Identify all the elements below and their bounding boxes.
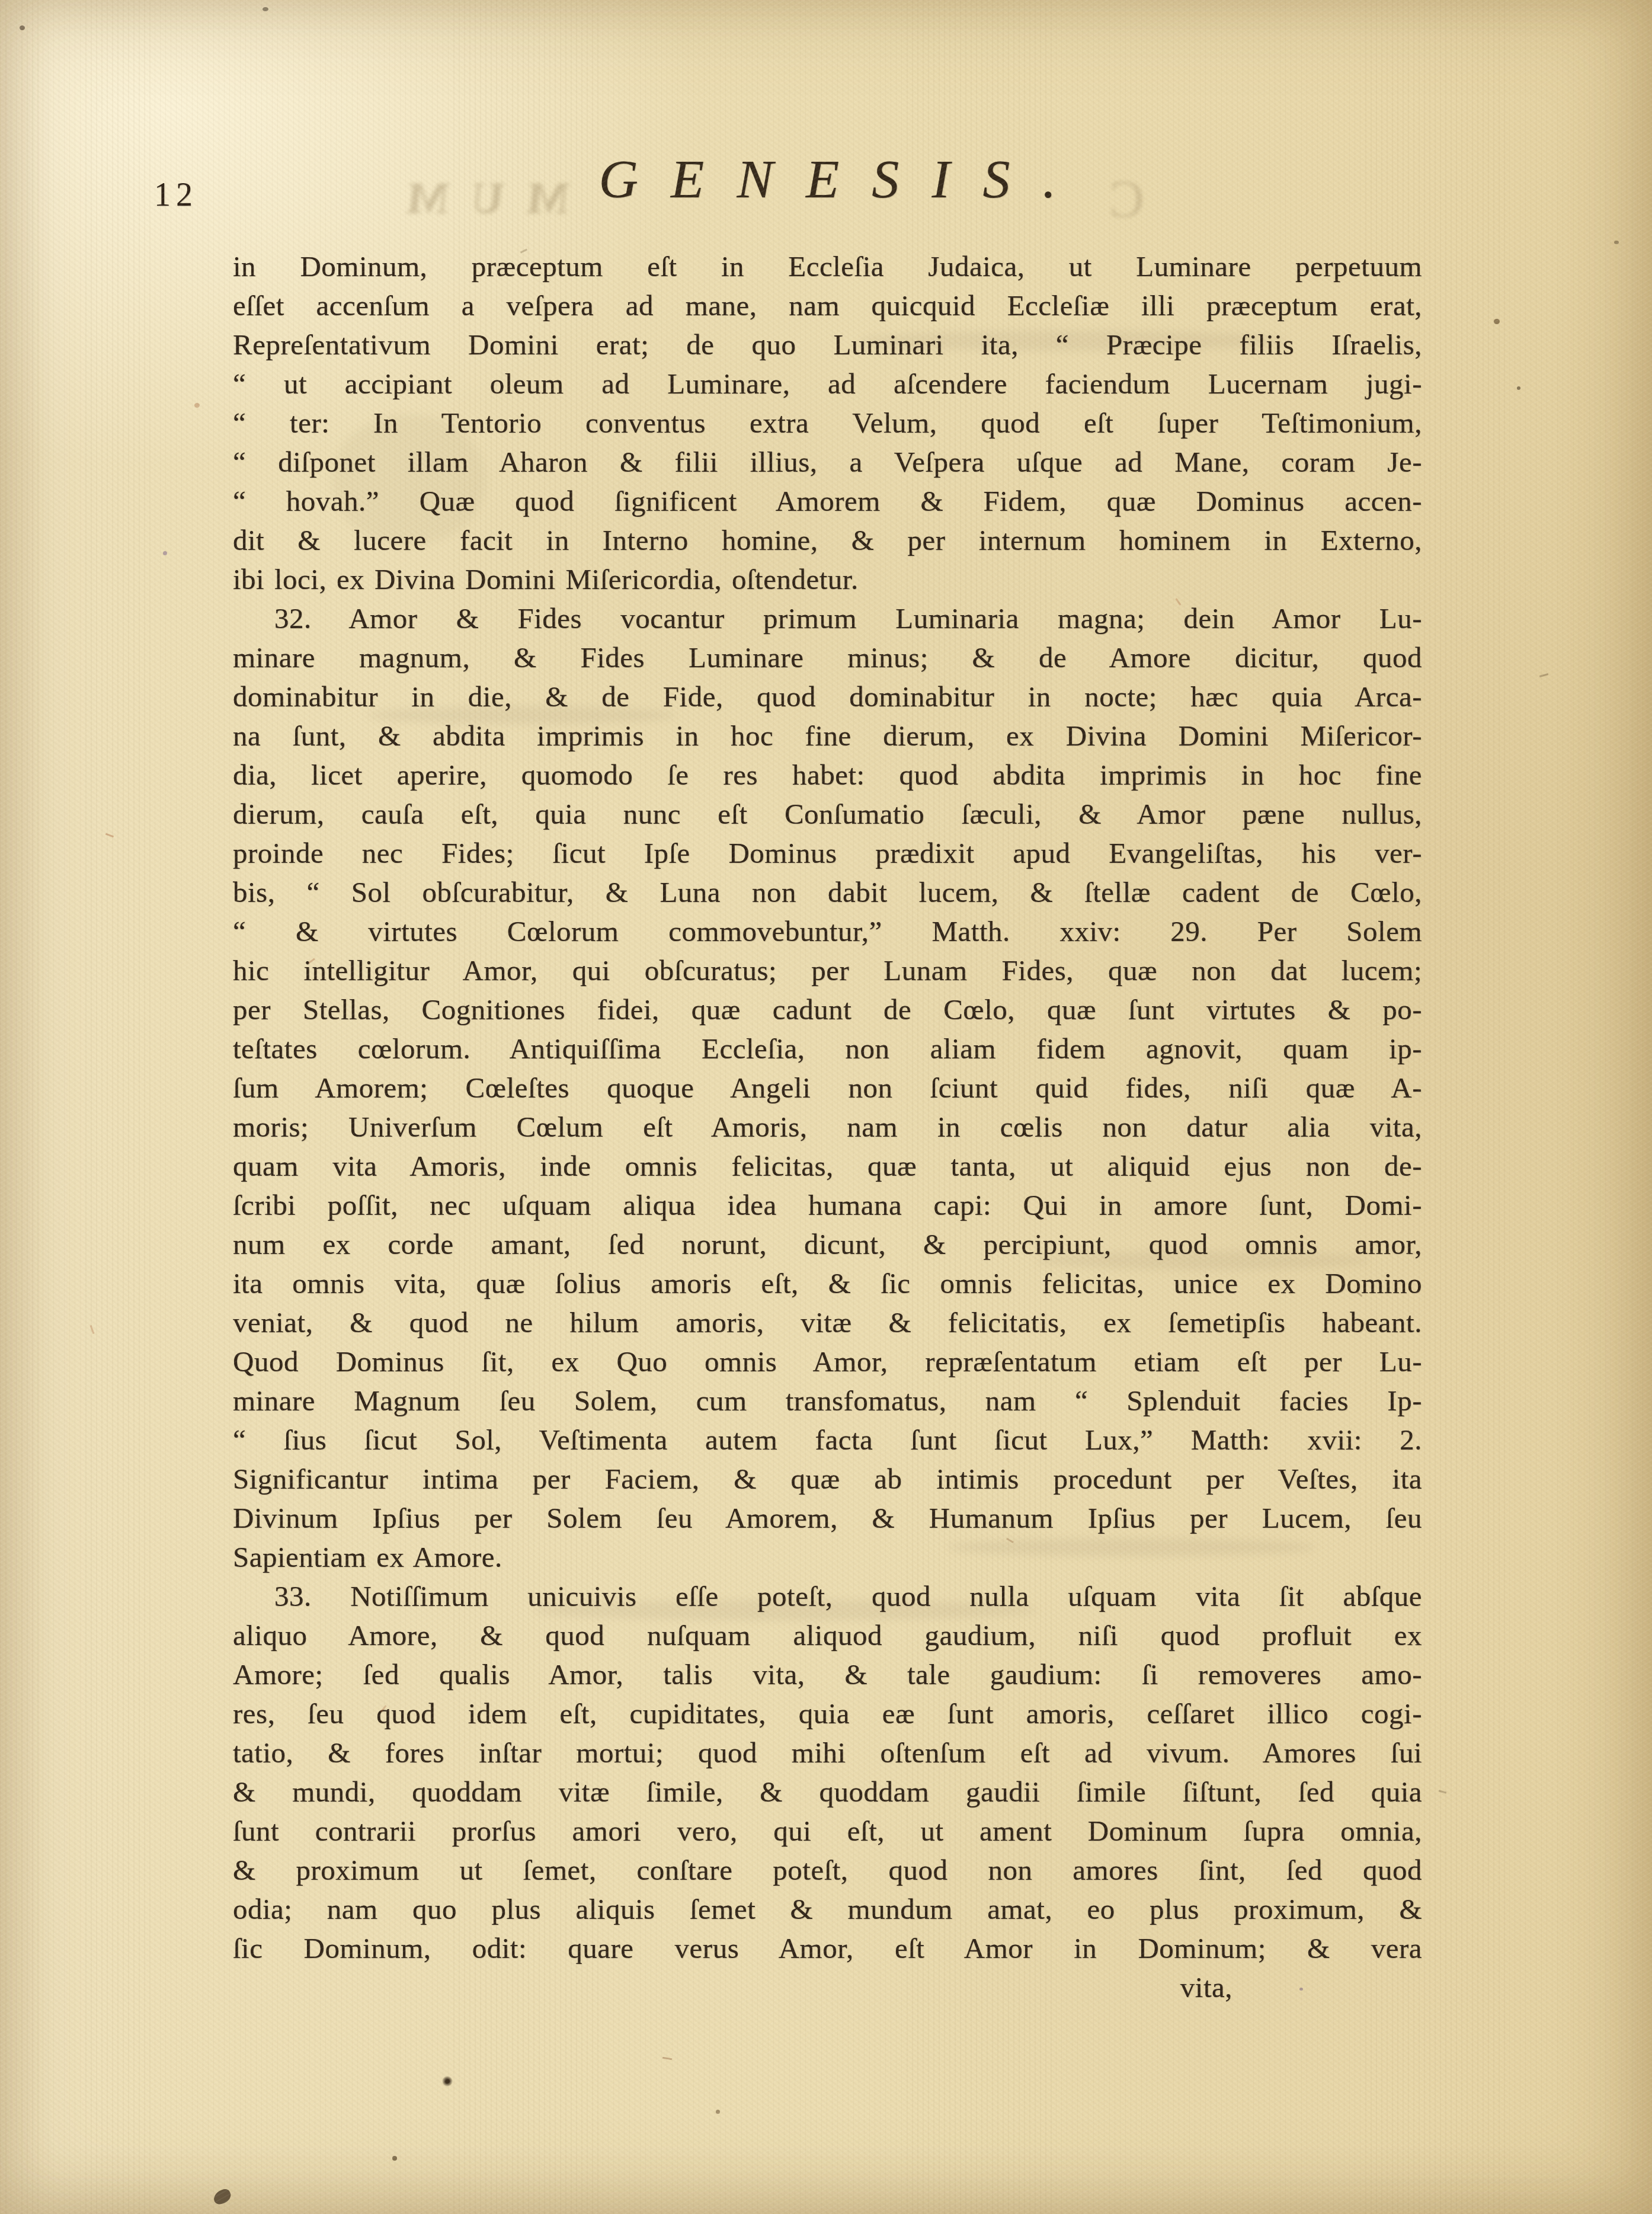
text-line: in Dominum, præceptum eſt in Eccleſia Ju…: [233, 247, 1422, 286]
catchword: vita,: [1180, 1971, 1232, 2004]
paper-speck: [1494, 319, 1500, 324]
text-line: Significantur intima per Faciem, & quæ a…: [233, 1460, 1422, 1499]
text-line: res, ſeu quod idem eſt, cupiditates, qui…: [233, 1694, 1422, 1733]
text-line: odia; nam quo plus aliquis ſemet & mundu…: [233, 1890, 1422, 1929]
text-line: quam vita Amoris, inde omnis felicitas, …: [233, 1147, 1422, 1186]
text-block: in Dominum, præceptum eſt in Eccleſia Ju…: [233, 247, 1422, 1968]
paper-speck: [392, 2156, 397, 2161]
text-line: bis, “ Sol obſcurabitur, & Luna non dabi…: [233, 873, 1422, 912]
page-number: 12: [154, 178, 198, 212]
text-line: & mundi, quoddam vitæ ſimile, & quoddam …: [233, 1773, 1422, 1812]
text-line: “ hovah.” Quæ quod ſignificent Amorem & …: [233, 482, 1422, 521]
text-line: tatio, & fores inſtar mortui; quod mihi …: [233, 1733, 1422, 1773]
text-line: dominabitur in die, & de Fide, quod domi…: [233, 677, 1422, 716]
text-line: num ex corde amant, ſed norunt, dicunt, …: [233, 1225, 1422, 1264]
book-page-scan: MUM C 12 GENESIS. in Dominum, præceptum …: [0, 0, 1652, 2214]
paper-speck: [194, 403, 200, 408]
text-line: moris; Univerſum Cœlum eſt Amoris, nam i…: [233, 1108, 1422, 1147]
paper-speck: [1517, 386, 1520, 390]
text-line: per Stellas, Cognitiones fidei, quæ cadu…: [233, 990, 1422, 1029]
text-line: na ſunt, & abdita imprimis in hoc fine d…: [233, 716, 1422, 756]
text-line: hic intelligitur Amor, qui obſcuratus; p…: [233, 951, 1422, 990]
text-line: proinde nec Fides; ſicut Ipſe Dominus pr…: [233, 834, 1422, 873]
text-line: Sapientiam ex Amore.: [233, 1538, 1422, 1577]
text-line: ita omnis vita, quæ ſolius amoris eſt, &…: [233, 1264, 1422, 1303]
paper-fiber: [1439, 1790, 1446, 1793]
text-line: ſum Amorem; Cœleſtes quoque Angeli non ſ…: [233, 1068, 1422, 1108]
paper-fiber: [105, 833, 114, 838]
text-line: ſcribi poſſit, nec uſquam aliqua idea hu…: [233, 1186, 1422, 1225]
text-line: Quod Dominus ſit, ex Quo omnis Amor, rep…: [233, 1342, 1422, 1381]
paper-speck: [1299, 1988, 1303, 1991]
text-line: & proximum ut ſemet, conſtare poteſt, qu…: [233, 1851, 1422, 1890]
text-line: “ & virtutes Cœlorum commovebuntur,” Mat…: [233, 912, 1422, 951]
text-line: aliquo Amore, & quod nuſquam aliquod gau…: [233, 1616, 1422, 1655]
paper-fiber: [662, 2057, 672, 2061]
text-line: dierum, cauſa eſt, quia nunc eſt Conſuma…: [233, 795, 1422, 834]
text-line: dia, licet aperire, quomodo ſe res habet…: [233, 756, 1422, 795]
paper-speck: [262, 7, 268, 11]
text-line: minare magnum, & Fides Luminare minus; &…: [233, 638, 1422, 677]
text-line: Repreſentativum Domini erat; de quo Lumi…: [233, 325, 1422, 364]
text-line: 33. Notiſſimum unicuivis eſſe poteſt, qu…: [233, 1577, 1422, 1616]
running-head-title: GENESIS.: [233, 149, 1422, 209]
text-line: dit & lucere facit in Interno homine, & …: [233, 521, 1422, 560]
paper-speck: [716, 2110, 720, 2114]
text-line: teſtates cœlorum. Antiquiſſima Eccleſia,…: [233, 1029, 1422, 1068]
text-line: “ ſius ſicut Sol, Veſtimenta autem facta…: [233, 1420, 1422, 1460]
paper-speck: [1614, 241, 1619, 244]
text-line: “ diſponet illam Aharon & filii illius, …: [233, 443, 1422, 482]
paper-fiber: [90, 1325, 95, 1334]
paper-speck: [20, 25, 25, 30]
text-line: “ ut accipiant oleum ad Luminare, ad aſc…: [233, 364, 1422, 404]
text-line: ibi loci, ex Divina Domini Miſericordia,…: [233, 560, 1422, 599]
text-line: Amore; ſed qualis Amor, talis vita, & ta…: [233, 1655, 1422, 1694]
text-line: veniat, & quod ne hilum amoris, vitæ & f…: [233, 1303, 1422, 1342]
paper-speck: [163, 551, 167, 555]
text-line: ſunt contrarii prorſus amori vero, qui e…: [233, 1812, 1422, 1851]
ink-blot: [442, 2076, 453, 2087]
paper-fiber: [1539, 673, 1548, 677]
text-line: Divinum Ipſius per Solem ſeu Amorem, & H…: [233, 1499, 1422, 1538]
text-line: minare Magnum ſeu Solem, cum transfomatu…: [233, 1381, 1422, 1420]
text-line: “ ter: In Tentorio conventus extra Velum…: [233, 404, 1422, 443]
catchword-row: vita,: [233, 1968, 1232, 2007]
text-line: 32. Amor & Fides vocantur primum Luminar…: [233, 599, 1422, 638]
ink-squiggle: [212, 2187, 233, 2206]
text-line: eſſet accenſum a veſpera ad mane, nam qu…: [233, 286, 1422, 325]
text-line: ſic Dominum, odit: quare verus Amor, eſt…: [233, 1929, 1422, 1968]
